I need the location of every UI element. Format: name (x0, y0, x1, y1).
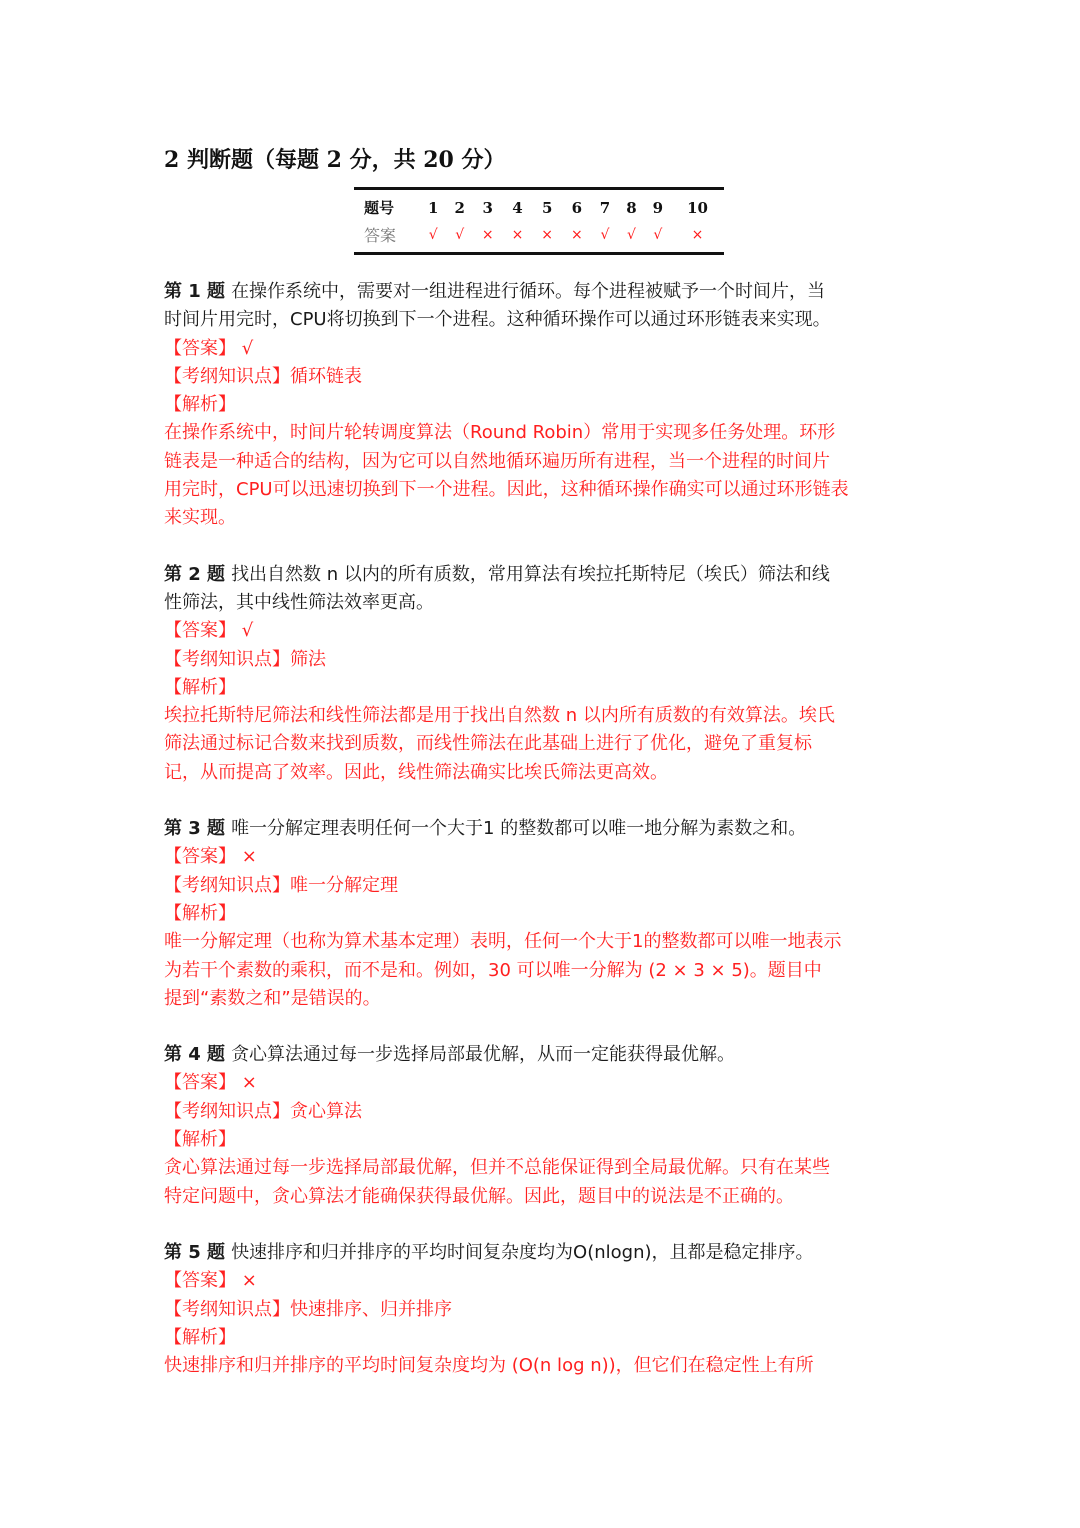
knowledge-line: 【考纲知识点】快速排序、归并排序 (164, 1296, 924, 1324)
answer-value: √ (242, 620, 253, 641)
analysis-tag: 【解析】 (164, 391, 924, 419)
answer-table: 题号 1 2 3 4 5 6 7 8 9 10 答案 √ √ × × × × √ (354, 187, 724, 255)
answer-mark: √ (420, 221, 446, 254)
knowledge-value: 快速排序、归并排序 (290, 1299, 452, 1320)
analysis-line: 记，从而提高了效率。因此，线性筛法确实比埃氏筛法更高效。 (164, 759, 924, 787)
question-2: 第 2 题找出自然数 n 以内的所有质数，常用算法有埃拉托斯特尼（埃氏）筛法和线… (164, 561, 924, 787)
knowledge-value: 唯一分解定理 (290, 875, 398, 896)
question-number: 4 (503, 189, 533, 222)
header-label: 题号 (354, 189, 420, 222)
knowledge-tag: 【考纲知识点】 (164, 649, 290, 670)
answer-mark: × (532, 221, 562, 254)
document-page: 2 判断题（每题 2 分，共 20 分） 题号 1 2 3 4 5 6 7 8 … (164, 140, 924, 180)
answer-tag: 【答案】 (164, 620, 236, 641)
knowledge-tag: 【考纲知识点】 (164, 1101, 290, 1122)
knowledge-value: 贪心算法 (290, 1101, 362, 1122)
analysis-tag: 【解析】 (164, 1126, 924, 1154)
answer-value: × (242, 1072, 257, 1093)
knowledge-line: 【考纲知识点】贪心算法 (164, 1098, 924, 1126)
answer-line: 【答案】 × (164, 843, 924, 871)
answer-value: × (242, 846, 257, 867)
question-5: 第 5 题快速排序和归并排序的平均时间复杂度均为O(nlogn)，且都是稳定排序… (164, 1239, 924, 1380)
question-number: 8 (618, 189, 644, 222)
answer-tag: 【答案】 (164, 338, 236, 359)
analysis-line: 提到“素数之和”是错误的。 (164, 985, 924, 1013)
answer-mark: √ (645, 221, 671, 254)
analysis-tag: 【解析】 (164, 900, 924, 928)
answer-table-container: 题号 1 2 3 4 5 6 7 8 9 10 答案 √ √ × × × × √ (354, 187, 724, 255)
question-stem: 第 1 题在操作系统中，需要对一组进程进行循环。每个进程被赋予一个时间片，当 (164, 278, 924, 306)
question-3: 第 3 题唯一分解定理表明任何一个大于1 的整数都可以唯一地分解为素数之和。 【… (164, 815, 924, 1013)
question-number-label: 第 1 题 (164, 281, 225, 302)
answer-mark: √ (618, 221, 644, 254)
question-4: 第 4 题贪心算法通过每一步选择局部最优解，从而一定能获得最优解。 【答案】 ×… (164, 1041, 924, 1211)
answer-table-answer-row: 答案 √ √ × × × × √ √ √ × (354, 221, 724, 254)
analysis-tag: 【解析】 (164, 1324, 924, 1352)
question-number: 10 (671, 189, 724, 222)
answer-line: 【答案】 √ (164, 617, 924, 645)
answer-label: 答案 (354, 221, 420, 254)
answer-line: 【答案】 √ (164, 335, 924, 363)
analysis-line: 唯一分解定理（也称为算术基本定理）表明，任何一个大于1的整数都可以唯一地表示 (164, 928, 924, 956)
stem-text: 快速排序和归并排序的平均时间复杂度均为O(nlogn)，且都是稳定排序。 (231, 1242, 813, 1263)
analysis-line: 特定问题中，贪心算法才能确保获得最优解。因此，题目中的说法是不正确的。 (164, 1183, 924, 1211)
knowledge-line: 【考纲知识点】唯一分解定理 (164, 872, 924, 900)
answer-mark: √ (592, 221, 618, 254)
knowledge-tag: 【考纲知识点】 (164, 875, 290, 896)
stem-line: 性筛法，其中线性筛法效率更高。 (164, 589, 924, 617)
question-number: 1 (420, 189, 446, 222)
answer-tag: 【答案】 (164, 846, 236, 867)
question-number: 5 (532, 189, 562, 222)
question-number: 3 (473, 189, 503, 222)
question-number: 6 (562, 189, 592, 222)
answer-tag: 【答案】 (164, 1072, 236, 1093)
stem-text: 唯一分解定理表明任何一个大于1 的整数都可以唯一地分解为素数之和。 (231, 818, 806, 839)
answer-mark: × (503, 221, 533, 254)
question-stem: 第 4 题贪心算法通过每一步选择局部最优解，从而一定能获得最优解。 (164, 1041, 924, 1069)
question-number-label: 第 4 题 (164, 1044, 225, 1065)
knowledge-value: 循环链表 (290, 366, 362, 387)
knowledge-line: 【考纲知识点】循环链表 (164, 363, 924, 391)
analysis-line: 埃拉托斯特尼筛法和线性筛法都是用于找出自然数 n 以内所有质数的有效算法。埃氏 (164, 702, 924, 730)
answer-line: 【答案】 × (164, 1267, 924, 1295)
answer-mark: × (671, 221, 724, 254)
answer-line: 【答案】 × (164, 1069, 924, 1097)
analysis-line: 筛法通过标记合数来找到质数，而线性筛法在此基础上进行了优化，避免了重复标 (164, 730, 924, 758)
answer-table-header-row: 题号 1 2 3 4 5 6 7 8 9 10 (354, 189, 724, 222)
analysis-line: 为若干个素数的乘积，而不是和。例如，30 可以唯一分解为 (2 × 3 × 5)… (164, 957, 924, 985)
question-stem: 第 5 题快速排序和归并排序的平均时间复杂度均为O(nlogn)，且都是稳定排序… (164, 1239, 924, 1267)
knowledge-line: 【考纲知识点】筛法 (164, 646, 924, 674)
stem-text: 找出自然数 n 以内的所有质数，常用算法有埃拉托斯特尼（埃氏）筛法和线 (231, 564, 830, 585)
answer-mark: √ (446, 221, 472, 254)
question-stem: 第 3 题唯一分解定理表明任何一个大于1 的整数都可以唯一地分解为素数之和。 (164, 815, 924, 843)
question-1: 第 1 题在操作系统中，需要对一组进程进行循环。每个进程被赋予一个时间片，当 时… (164, 278, 924, 533)
question-number-label: 第 3 题 (164, 818, 225, 839)
knowledge-tag: 【考纲知识点】 (164, 366, 290, 387)
answer-value: √ (242, 338, 253, 359)
answer-tag: 【答案】 (164, 1270, 236, 1291)
analysis-line: 链表是一种适合的结构，因为它可以自然地循环遍历所有进程，当一个进程的时间片 (164, 448, 924, 476)
analysis-line: 在操作系统中，时间片轮转调度算法（Round Robin）常用于实现多任务处理。… (164, 419, 924, 447)
stem-line: 时间片用完时，CPU将切换到下一个进程。这种循环操作可以通过环形链表来实现。 (164, 306, 924, 334)
analysis-line: 来实现。 (164, 504, 924, 532)
stem-text: 贪心算法通过每一步选择局部最优解，从而一定能获得最优解。 (231, 1044, 735, 1065)
question-number: 7 (592, 189, 618, 222)
question-number-label: 第 5 题 (164, 1242, 225, 1263)
question-number-label: 第 2 题 (164, 564, 225, 585)
answer-mark: × (562, 221, 592, 254)
answer-mark: × (473, 221, 503, 254)
analysis-line: 贪心算法通过每一步选择局部最优解，但并不总能保证得到全局最优解。只有在某些 (164, 1154, 924, 1182)
knowledge-tag: 【考纲知识点】 (164, 1299, 290, 1320)
analysis-line: 快速排序和归并排序的平均时间复杂度均为 (O(n log n))，但它们在稳定性… (164, 1352, 924, 1380)
question-number: 2 (446, 189, 472, 222)
stem-text: 在操作系统中，需要对一组进程进行循环。每个进程被赋予一个时间片，当 (231, 281, 825, 302)
answer-value: × (242, 1270, 257, 1291)
question-list: 第 1 题在操作系统中，需要对一组进程进行循环。每个进程被赋予一个时间片，当 时… (164, 278, 924, 1408)
knowledge-value: 筛法 (290, 649, 326, 670)
analysis-tag: 【解析】 (164, 674, 924, 702)
section-title: 2 判断题（每题 2 分，共 20 分） (164, 140, 924, 180)
analysis-line: 用完时，CPU可以迅速切换到下一个进程。因此，这种循环操作确实可以通过环形链表 (164, 476, 924, 504)
question-stem: 第 2 题找出自然数 n 以内的所有质数，常用算法有埃拉托斯特尼（埃氏）筛法和线 (164, 561, 924, 589)
question-number: 9 (645, 189, 671, 222)
